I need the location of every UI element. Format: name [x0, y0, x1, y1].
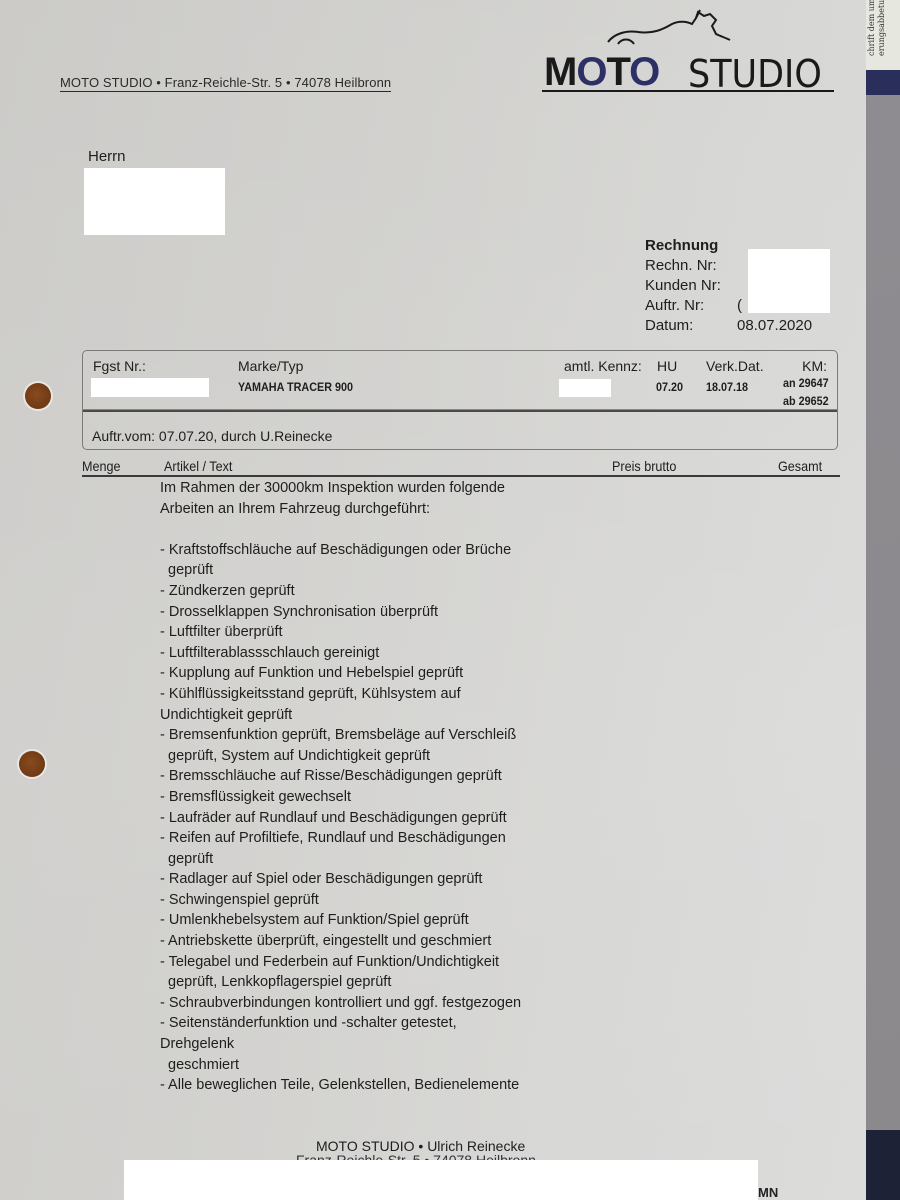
hu-label: HU: [657, 358, 677, 374]
km-an-value: an 29647: [783, 376, 829, 390]
column-preis: Preis brutto: [612, 458, 676, 474]
footer-fragment: MN: [758, 1185, 778, 1200]
work-line: - Kupplung auf Funktion und Hebelspiel g…: [160, 663, 521, 684]
fgst-value-redacted: [91, 378, 209, 397]
invoice-numbers-redacted: [748, 249, 830, 313]
work-line: - Schwingenspiel geprüft: [160, 890, 521, 911]
work-line: - Bremsschläuche auf Risse/Beschädigunge…: [160, 766, 521, 787]
order-info: Auftr.vom: 07.07.20, durch U.Reinecke: [92, 428, 332, 444]
invoice-date: 08.07.2020: [737, 316, 812, 336]
recipient-salutation: Herrn: [88, 148, 126, 165]
logo-underline: [542, 90, 834, 92]
recipient-address-redacted: [84, 168, 225, 235]
km-label: KM:: [802, 358, 827, 374]
column-gesamt: Gesamt: [778, 458, 822, 474]
work-line: - Zündkerzen geprüft: [160, 581, 521, 602]
invoice-page: MOTO STUDIO • Franz-Reichle-Str. 5 • 740…: [0, 0, 866, 1200]
marke-value: YAMAHA TRACER 900: [238, 380, 353, 394]
work-line: - Alle beweglichen Teile, Gelenkstellen,…: [160, 1075, 521, 1096]
work-line: - Bremsenfunktion geprüft, Bremsbeläge a…: [160, 725, 521, 746]
work-line: - Schraubverbindungen kontrolliert und g…: [160, 993, 521, 1014]
logo-moto-text: MOTO: [544, 50, 659, 95]
work-line: - Bremsflüssigkeit gewechselt: [160, 787, 521, 808]
work-line: geprüft, Lenkkopflagerspiel geprüft: [160, 972, 521, 993]
work-line: - Reifen auf Profiltiefe, Rundlauf und B…: [160, 828, 521, 849]
work-line: - Kraftstoffschläuche auf Beschädigungen…: [160, 540, 521, 561]
work-line: Arbeiten an Ihrem Fahrzeug durchgeführt:: [160, 499, 521, 520]
item-table-header: Menge Artikel / Text Preis brutto Gesamt: [82, 458, 840, 477]
work-line: - Radlager auf Spiel oder Beschädigungen…: [160, 869, 521, 890]
column-menge: Menge: [82, 458, 121, 474]
footer-bank-redacted: [124, 1160, 758, 1200]
marke-label: Marke/Typ: [238, 358, 303, 374]
vehicle-info-box: Fgst Nr.: Marke/Typ YAMAHA TRACER 900 am…: [82, 350, 838, 450]
verk-value: 18.07.18: [706, 380, 748, 394]
punch-hole-bottom: [19, 751, 45, 777]
work-line: - Drosselklappen Synchronisation überprü…: [160, 602, 521, 623]
fgst-label: Fgst Nr.:: [93, 358, 146, 374]
work-line: - Luftfilterablassschlauch gereinigt: [160, 643, 521, 664]
work-line: - Seitenständerfunktion und -schalter ge…: [160, 1013, 521, 1034]
sender-address-line: MOTO STUDIO • Franz-Reichle-Str. 5 • 740…: [60, 75, 391, 92]
work-line: geprüft: [160, 849, 521, 870]
background-surface: [860, 0, 900, 1200]
work-line: - Telegabel und Federbein auf Funktion/U…: [160, 952, 521, 973]
work-description: Im Rahmen der 30000km Inspektion wurden …: [160, 478, 521, 1096]
kennz-value-redacted: [559, 379, 611, 397]
date-row: Datum:08.07.2020: [645, 316, 812, 336]
verk-label: Verk.Dat.: [706, 358, 764, 374]
work-line: [160, 519, 521, 540]
work-line: Undichtigkeit geprüft: [160, 705, 521, 726]
work-line: Im Rahmen der 30000km Inspektion wurden …: [160, 478, 521, 499]
kennz-label: amtl. Kennz:: [564, 358, 642, 374]
column-artikel: Artikel / Text: [164, 458, 232, 474]
work-line: - Kühlflüssigkeitsstand geprüft, Kühlsys…: [160, 684, 521, 705]
work-line: - Laufräder auf Rundlauf und Beschädigun…: [160, 808, 521, 829]
hu-value: 07.20: [656, 380, 683, 394]
work-line: - Antriebskette überprüft, eingestellt u…: [160, 931, 521, 952]
work-line: geschmiert: [160, 1055, 521, 1076]
box-divider: [83, 409, 837, 412]
work-line: Drehgelenk: [160, 1034, 521, 1055]
work-line: - Luftfilter überprüft: [160, 622, 521, 643]
punch-hole-top: [25, 383, 51, 409]
work-line: geprüft: [160, 560, 521, 581]
moto-studio-logo: MOTO STUDIO: [540, 8, 840, 98]
km-ab-value: ab 29652: [783, 394, 829, 408]
work-line: - Umlenkhebelsystem auf Funktion/Spiel g…: [160, 910, 521, 931]
work-line: geprüft, System auf Undichtigkeit geprüf…: [160, 746, 521, 767]
